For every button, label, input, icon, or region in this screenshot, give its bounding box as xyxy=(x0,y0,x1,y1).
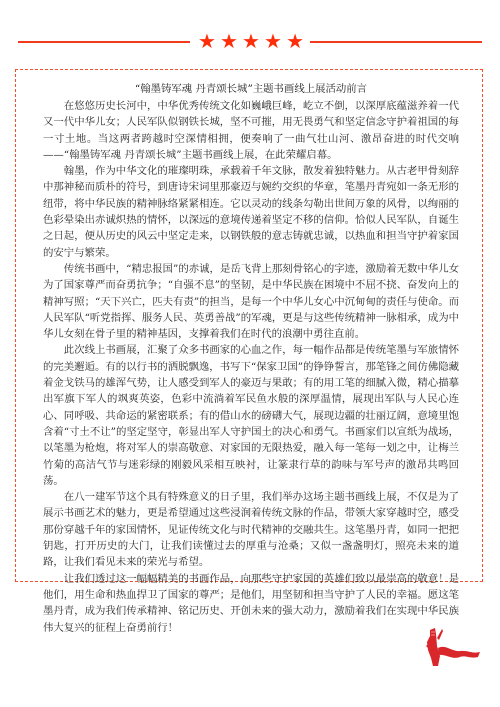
star-icon: ★ xyxy=(220,30,238,52)
divider-line-right xyxy=(310,41,482,43)
star-icon: ★ xyxy=(242,30,260,52)
header-star-divider: ★ ★ ★ ★ ★ xyxy=(18,30,482,54)
star-icon: ★ xyxy=(286,30,304,52)
paragraph: 此次线上书画展，汇聚了众多书画家的心血之作，每一幅作品都是传统笔墨与军旅情怀的完… xyxy=(43,342,459,489)
divider-line-left xyxy=(18,41,190,43)
star-icon: ★ xyxy=(264,30,282,52)
star-icon: ★ xyxy=(198,30,216,52)
paragraph: 在八一建军节这个具有特殊意义的日子里，我们举办这场主题书画线上展，不仅是为了展示… xyxy=(43,489,459,570)
paragraph: 翰墨，作为中华文化的璀璨明珠，承载着千年文脉，散发着独特魅力。从古老甲骨刻辞中那… xyxy=(43,163,459,261)
paragraph: 让我们透过这一幅幅精美的书画作品，向那些守护家国的英雄们致以最崇高的敬意！是他们… xyxy=(43,571,459,636)
star-row: ★ ★ ★ ★ ★ xyxy=(198,30,304,52)
great-wall-ribbon-icon xyxy=(422,624,482,668)
paragraph: 在悠悠历史长河中，中华优秀传统文化如巍峨巨峰，屹立不倒，以深厚底蕴滋养着一代又一… xyxy=(43,98,459,163)
document-title: “翰墨铸军魂 丹青颂长城”主题书画线上展活动前言 xyxy=(43,81,459,97)
paragraph: 传统书画中，“精忠报国”的赤诚，是岳飞背上那刻骨铭心的字迹，激励着无数中华儿女为… xyxy=(43,261,459,342)
document-body: “翰墨铸军魂 丹青颂长城”主题书画线上展活动前言 在悠悠历史长河中，中华优秀传统… xyxy=(43,81,459,636)
